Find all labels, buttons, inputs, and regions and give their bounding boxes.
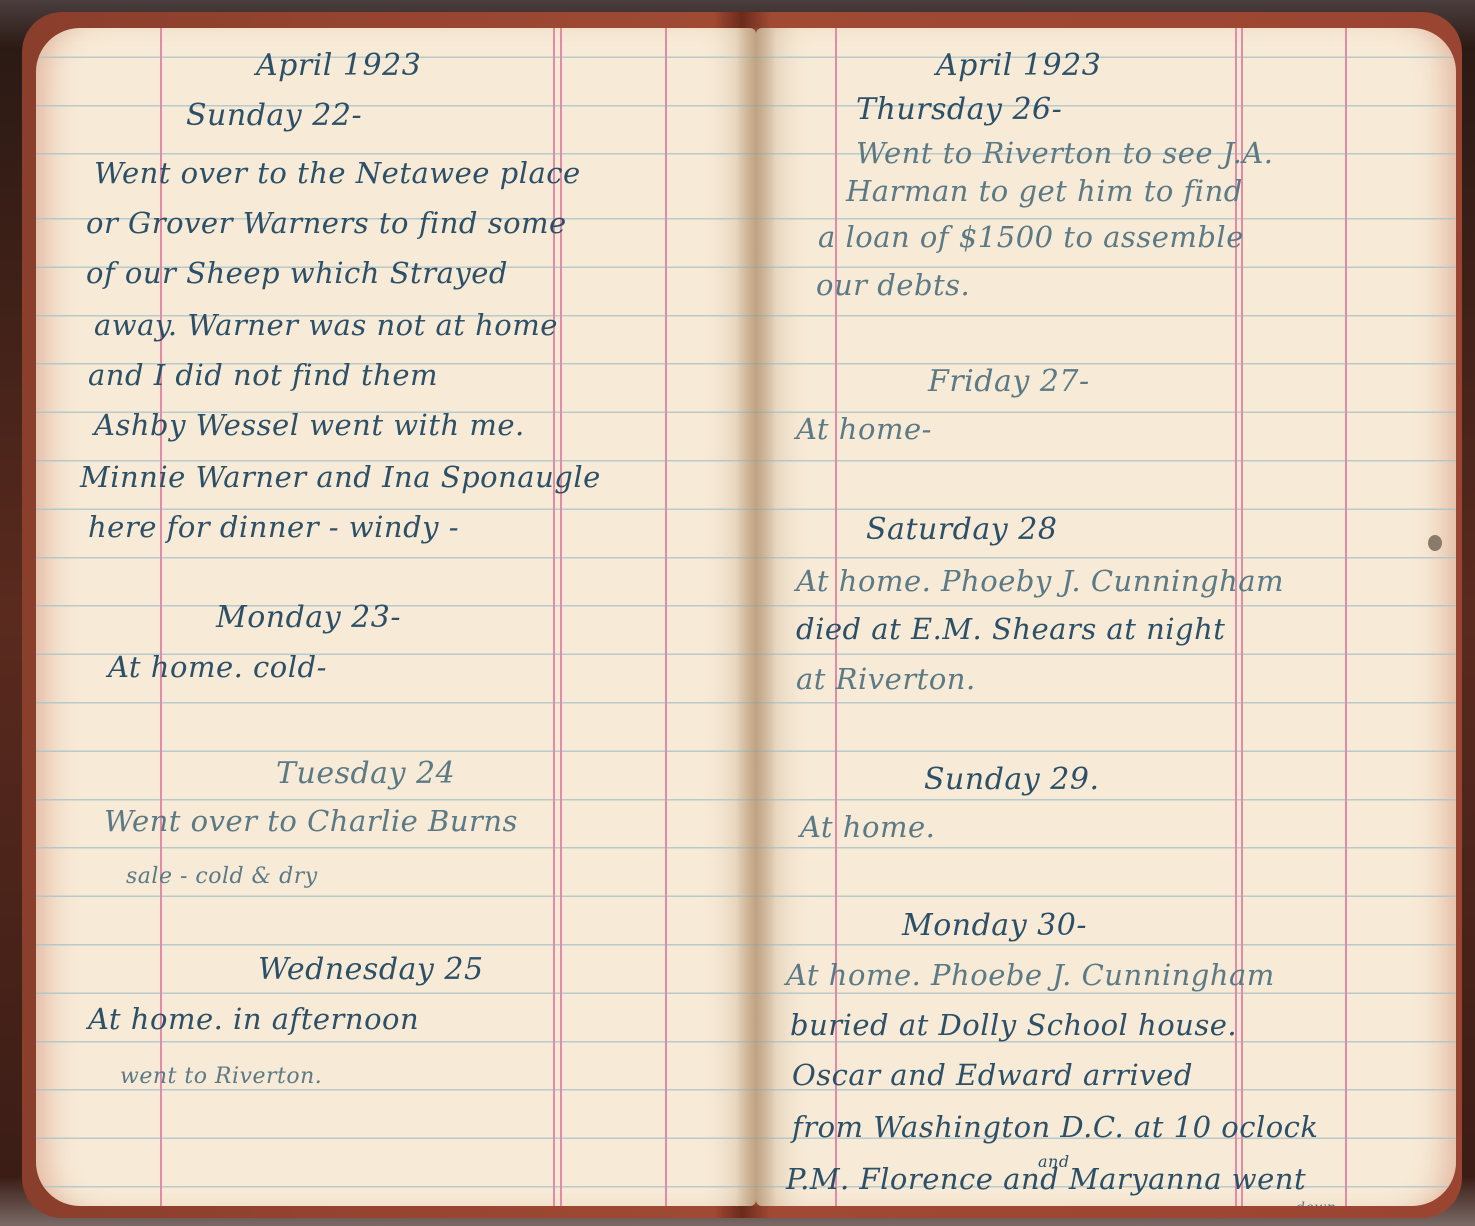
page-header-date: April 1923 xyxy=(256,48,421,83)
left-page: April 1923 Sunday 22- Went over to the N… xyxy=(36,28,756,1206)
entry-line: died at E.M. Shears at night xyxy=(796,612,1225,646)
page-header-date: April 1923 xyxy=(936,48,1101,83)
entry-line: went to Riverton. xyxy=(120,1064,322,1089)
entry-day-heading: Thursday 26- xyxy=(856,92,1062,127)
entry-line: our debts. xyxy=(816,268,970,302)
entry-line: and I did not find them xyxy=(88,358,438,392)
entry-day-heading: Monday 23- xyxy=(216,600,401,635)
entry-line: at Riverton. xyxy=(796,662,976,696)
entry-line: a loan of $1500 to assemble xyxy=(818,220,1244,254)
right-page: April 1923 Thursday 26- Went to Riverton… xyxy=(756,28,1456,1206)
column-line xyxy=(560,28,562,1206)
entry-line: Went to Riverton to see J.A. xyxy=(856,136,1274,170)
entry-line: here for dinner - windy - xyxy=(88,510,459,544)
entry-day-heading: Friday 27- xyxy=(928,364,1090,399)
entry-line: At home. cold- xyxy=(108,650,327,684)
interlinear-insertion: and xyxy=(1038,1152,1070,1171)
entry-line: At home- xyxy=(796,412,932,446)
column-line xyxy=(665,28,667,1206)
entry-day-heading: Monday 30- xyxy=(902,908,1087,943)
entry-line: buried at Dolly School house. xyxy=(790,1008,1237,1042)
entry-line: Went over to Charlie Burns xyxy=(104,804,518,838)
column-line xyxy=(1345,28,1347,1206)
entry-line: from Washington D.C. at 10 oclock xyxy=(792,1110,1319,1144)
entry-day-heading: Wednesday 25 xyxy=(258,952,484,987)
entry-line: Harman to get him to find xyxy=(846,174,1243,208)
entry-line: Oscar and Edward arrived xyxy=(792,1058,1193,1092)
paper-stain xyxy=(1428,535,1442,551)
entry-day-heading: Sunday 22- xyxy=(186,98,362,133)
entry-line: At home. Phoeby J. Cunningham xyxy=(796,564,1284,598)
entry-line: away. Warner was not at home xyxy=(94,308,558,342)
entry-line: of our Sheep which Strayed xyxy=(86,256,508,290)
entry-day-heading: Tuesday 24 xyxy=(276,756,455,791)
column-line xyxy=(553,28,555,1206)
interlinear-insertion: down xyxy=(1296,1200,1336,1206)
entry-line: or Grover Warners to find some xyxy=(86,206,567,240)
entry-day-heading: Saturday 28 xyxy=(866,512,1057,547)
entry-line: Minnie Warner and Ina Sponaugle xyxy=(80,460,601,494)
entry-line: At home. in afternoon xyxy=(88,1002,419,1036)
entry-line: At home. Phoebe J. Cunningham xyxy=(786,958,1275,992)
entry-line: Ashby Wessel went with me. xyxy=(94,408,525,442)
page-gutter xyxy=(736,28,776,1206)
entry-day-heading: Sunday 29. xyxy=(924,762,1099,797)
entry-line: sale - cold & dry xyxy=(126,864,318,889)
entry-line: Went over to the Netawee place xyxy=(94,156,581,190)
entry-line: At home. xyxy=(800,810,935,844)
